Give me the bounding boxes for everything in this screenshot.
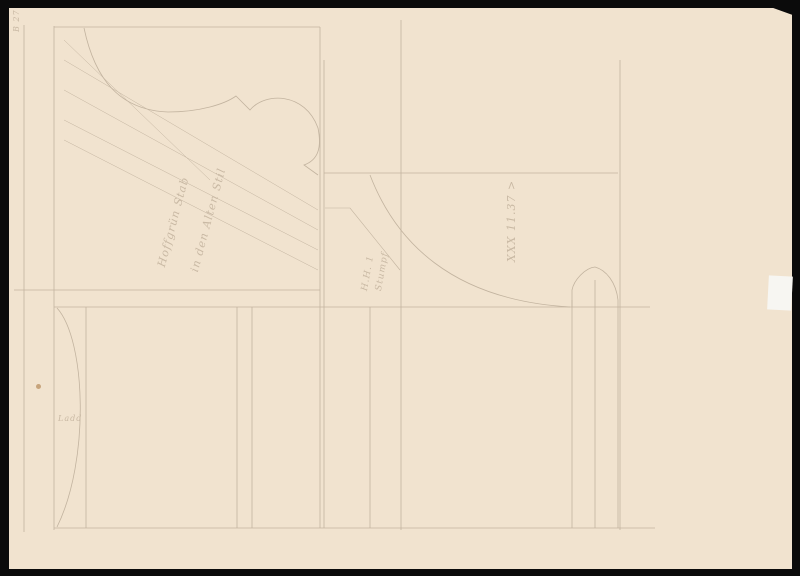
architectural-drawing (0, 0, 800, 576)
paper-stain (36, 384, 41, 389)
lower-left-note: Ladd (58, 414, 82, 423)
paper-tab (767, 275, 793, 310)
right-note: XXX 11.37 > (505, 180, 518, 262)
corner-mark: B 27 (12, 9, 21, 32)
